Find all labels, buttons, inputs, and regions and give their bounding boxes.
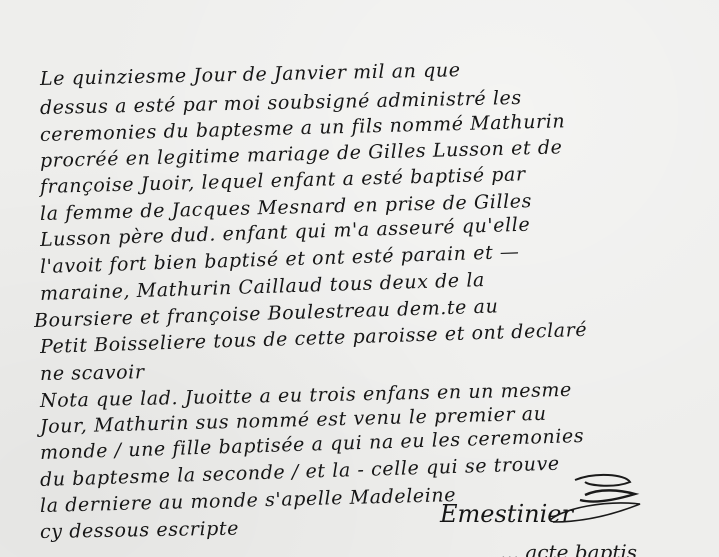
- text-line-1: Le quinziesme Jour de Janvier mil an que: [40, 59, 461, 90]
- text-line-12: ne scavoir: [40, 361, 145, 385]
- line-18-text: cy dessous escripte: [40, 518, 239, 543]
- partial-bottom-line: ... acte baptis: [500, 540, 637, 557]
- paraph-flourish-icon: [545, 470, 655, 530]
- line-1-text: Le quinziesme Jour de Janvier mil an que: [40, 59, 461, 90]
- partial-bottom-text: ... acte baptis: [500, 540, 637, 557]
- line-12-text: ne scavoir: [40, 361, 145, 385]
- manuscript-page: Le quinziesme Jour de Janvier mil an que…: [0, 0, 719, 557]
- text-line-18: cy dessous escripte: [40, 518, 239, 543]
